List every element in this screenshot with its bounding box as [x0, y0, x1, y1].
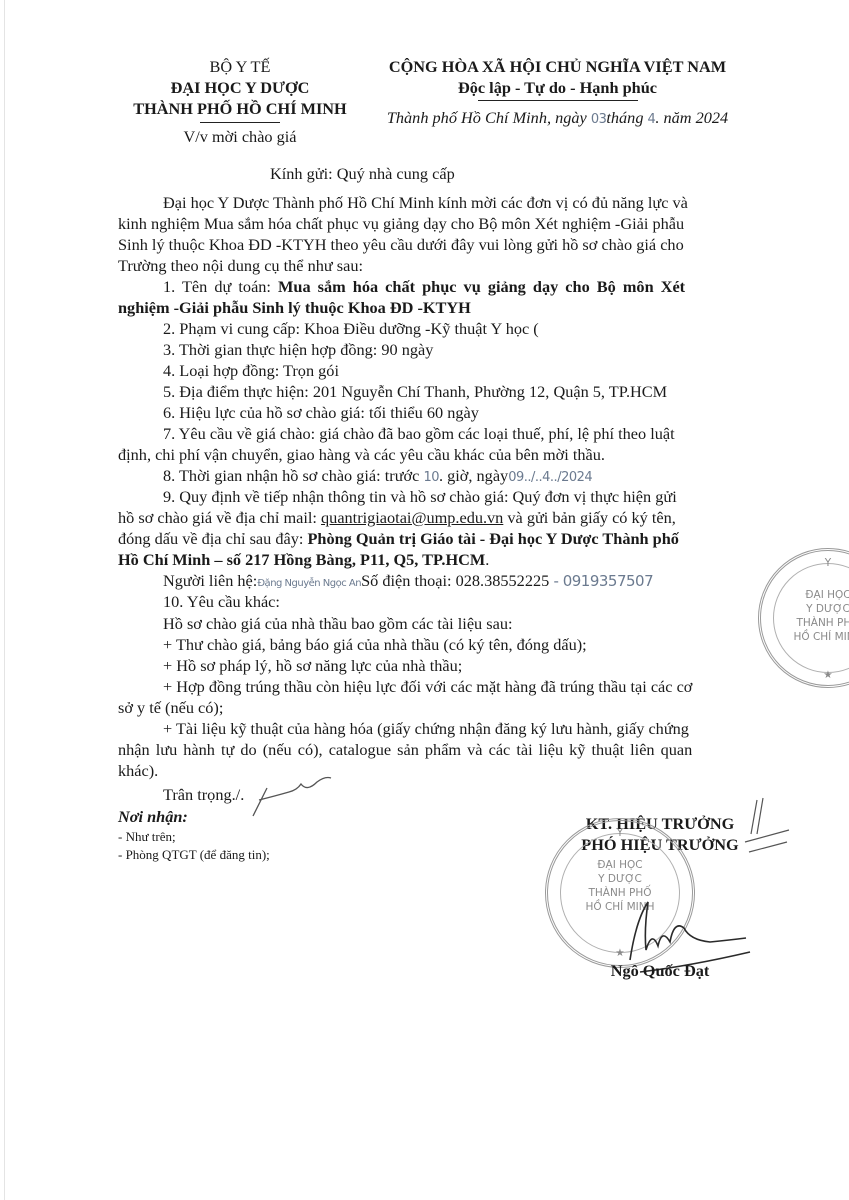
stamp-line-1: ĐẠI HỌC — [548, 859, 692, 872]
item-7-line-2: định, chi phí vận chuyển, giao hàng và c… — [118, 444, 734, 465]
docs-intro: Hồ sơ chào giá của nhà thầu bao gồm các … — [118, 613, 779, 634]
stamp-edge-top-letter: Y — [761, 557, 849, 570]
university-name-line2: THÀNH PHỐ HỒ CHÍ MINH — [118, 98, 362, 119]
signatory-name: Ngô Quốc Đạt — [560, 960, 760, 981]
intro-line-4: Trường theo nội dung cụ thể như sau: — [118, 255, 734, 276]
page-edge — [4, 0, 5, 1200]
recipients-item-1: - Như trên; — [118, 828, 176, 845]
item-10: 10. Yêu cầu khác: — [118, 591, 779, 612]
initial-signature-icon — [245, 770, 335, 820]
doc-1: + Thư chào giá, bảng báo giá của nhà thầ… — [118, 634, 779, 655]
ministry-name: BỘ Y TẾ — [118, 56, 362, 77]
item-8-date-handwritten: 09../..4../2024 — [508, 470, 592, 485]
item-4: 4. Loại hợp đồng: Trọn gói — [118, 360, 779, 381]
stamp-top-letter: Y — [548, 827, 692, 840]
item-1-label: 1. Tên dự toán: — [163, 277, 278, 296]
date-month-label: tháng — [606, 108, 647, 127]
doc-4-line-3: khác). — [118, 760, 734, 781]
item-9-email-suffix: và gửi bản giấy có ký tên, — [503, 508, 676, 527]
document-subject: V/v mời chào giá — [118, 126, 362, 147]
intro-line-3: Sinh lý thuộc Khoa ĐD -KTYH theo yêu cầu… — [118, 234, 734, 255]
item-8-hour-handwritten: 10 — [423, 470, 439, 485]
phone-label: Số điện thoại: 028.38552225 — [361, 571, 549, 590]
item-9-line-1: 9. Quy định về tiếp nhận thông tin và hồ… — [118, 486, 779, 507]
stamp-edge-star-icon: ★ — [761, 669, 849, 682]
item-9-email-prefix: hồ sơ chào giá về địa chỉ mail: — [118, 508, 321, 527]
university-name-line1: ĐẠI HỌC Y DƯỢC — [118, 77, 362, 98]
stamp-edge-line-2: Y DƯỢC — [761, 603, 849, 616]
item-3: 3. Thời gian thực hiện hợp đồng: 90 ngày — [118, 339, 779, 360]
item-2: 2. Phạm vi cung cấp: Khoa Điều dưỡng -Kỹ… — [118, 318, 779, 339]
salutation: Kính gửi: Quý nhà cung cấp — [270, 163, 455, 184]
header-left: BỘ Y TẾ ĐẠI HỌC Y DƯỢC THÀNH PHỐ HỒ CHÍ … — [118, 56, 362, 147]
item-5: 5. Địa điểm thực hiện: 201 Nguyễn Chí Th… — [118, 381, 779, 402]
contact-name-handwritten: Đặng Nguyễn Ngọc An — [257, 578, 361, 589]
contact-label: Người liên hệ: — [163, 571, 257, 590]
item-8: 8. Thời gian nhận hồ sơ chào giá: trước … — [118, 465, 779, 488]
header-left-rule — [200, 122, 280, 123]
item-9-period: . — [485, 550, 489, 569]
stamp-edge-line-3: THÀNH PHỐ — [761, 617, 849, 630]
recipients-label: Nơi nhận: — [118, 806, 188, 827]
item-7-line-1: 7. Yêu cầu về giá chào: giá chào đã bao … — [118, 423, 779, 444]
date-prefix: Thành phố Hồ Chí Minh, ngày — [387, 108, 591, 127]
item-9-line-4: Hồ Chí Minh – số 217 Hồng Bàng, P11, Q5,… — [118, 549, 734, 570]
header-right-rule — [478, 100, 638, 101]
national-motto: Độc lập - Tự do - Hạnh phúc — [365, 77, 750, 98]
intro-line-2: kinh nghiệm Mua sắm hóa chất phục vụ giả… — [118, 213, 734, 234]
intro-line-1: Đại học Y Dược Thành phố Hồ Chí Minh kín… — [118, 192, 779, 213]
item-8-prefix: 8. Thời gian nhận hồ sơ chào giá: trước — [163, 466, 423, 485]
item-9-address-prefix: đóng dấu về địa chỉ sau đây: — [118, 529, 307, 548]
item-9-line-3: đóng dấu về địa chỉ sau đây: Phòng Quản … — [118, 528, 734, 549]
header-right: CỘNG HÒA XÃ HỘI CHỦ NGHĨA VIỆT NAM Độc l… — [365, 56, 750, 130]
item-9-address-b: Hồ Chí Minh – số 217 Hồng Bàng, P11, Q5,… — [118, 550, 485, 569]
approval-mark-icon — [735, 790, 795, 860]
country-name: CỘNG HÒA XÃ HỘI CHỦ NGHĨA VIỆT NAM — [365, 56, 750, 77]
stamp-edge-line-4: HỒ CHÍ MINH — [761, 631, 849, 644]
closing: Trân trọng./. — [118, 784, 779, 805]
doc-2: + Hồ sơ pháp lý, hồ sơ năng lực của nhà … — [118, 655, 779, 676]
item-1-line-1: 1. Tên dự toán: Mua sắm hóa chất phục vụ… — [118, 276, 779, 297]
item-8-mid: . giờ, ngày — [439, 466, 508, 485]
contact-email-link[interactable]: quantrigiaotai@ump.edu.vn — [321, 508, 503, 527]
item-1-line-2: nghiệm -Giải phẫu Sinh lý thuộc Khoa ĐD … — [118, 297, 734, 318]
phone-handwritten: - 0919357507 — [549, 572, 653, 590]
document-date: Thành phố Hồ Chí Minh, ngày 03tháng 4. n… — [365, 107, 750, 130]
recipients-item-2: - Phòng QTGT (để đăng tin); — [118, 846, 270, 863]
stamp-edge-line-1: ĐẠI HỌC — [761, 589, 849, 602]
item-6: 6. Hiệu lực của hồ sơ chào giá: tối thiể… — [118, 402, 779, 423]
item-9-line-2: hồ sơ chào giá về địa chỉ mail: quantrig… — [118, 507, 734, 528]
date-day-handwritten: 03 — [591, 112, 607, 127]
doc-3-line-1: + Hợp đồng trúng thầu còn hiệu lực đối v… — [118, 676, 779, 697]
doc-3-line-2: sở y tế (nếu có); — [118, 697, 734, 718]
date-suffix: . năm 2024 — [655, 108, 728, 127]
item-1-title-a: Mua sắm hóa chất phục vụ giảng dạy cho B… — [278, 277, 685, 296]
doc-4-line-2: nhận lưu hành tự do (nếu có), catalogue … — [118, 739, 734, 760]
item-9-address-a: Phòng Quản trị Giáo tài - Đại học Y Dược… — [307, 529, 678, 548]
doc-4-line-1: + Tài liệu kỹ thuật của hàng hóa (giấy c… — [118, 718, 779, 739]
